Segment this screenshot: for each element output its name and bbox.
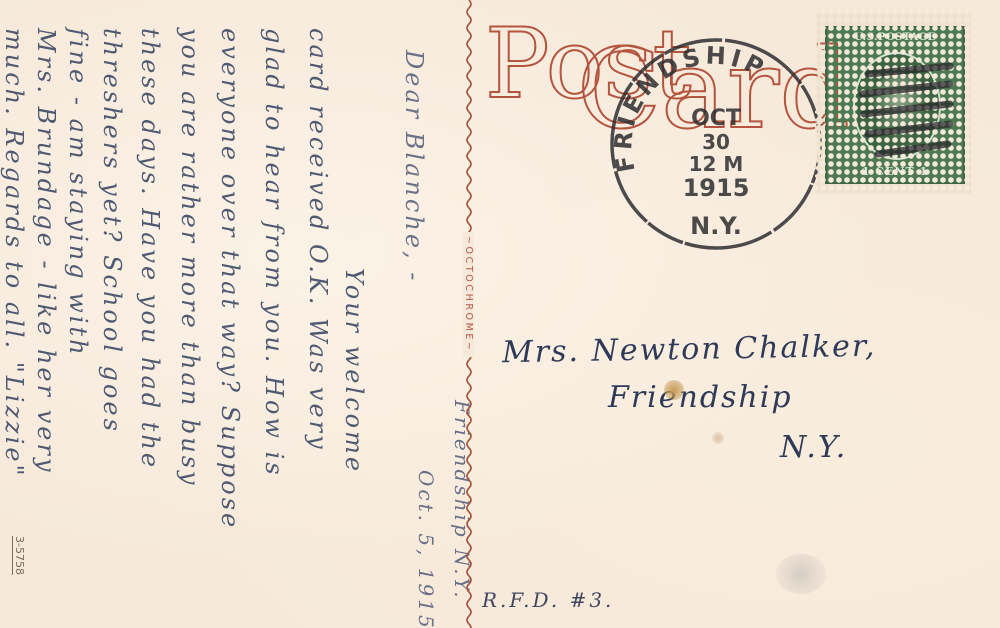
postmark-year: 1915 <box>604 174 828 202</box>
message-line: threshers yet? School goes <box>92 0 132 628</box>
message-line: card received O.K. Was very <box>298 0 338 628</box>
postmark-state: N.Y. <box>604 212 828 240</box>
recipient-city: Friendship <box>608 380 793 415</box>
stamp-top-label: U.S.POSTAGE <box>827 32 963 43</box>
message-line: these days. Have you had the <box>130 0 170 628</box>
recipient-state: N.Y. <box>780 430 847 465</box>
message-line: Your welcome <box>334 0 374 628</box>
message-signoff: much. Regards to all. "Lizzie" <box>0 0 34 628</box>
stain-mark <box>712 432 724 444</box>
catalog-number: 3-5758 <box>12 536 26 575</box>
message-line: you are rather more than busy <box>170 0 210 628</box>
stain-mark <box>664 380 684 400</box>
cancellation-bars-icon <box>838 58 958 168</box>
rural-route: R.F.D. #3. <box>482 588 614 612</box>
message-greeting: Dear Blanche, - <box>394 0 434 628</box>
printer-brand-label: ~OCTOCHROME~ <box>463 232 474 357</box>
foxing-mark <box>776 554 826 594</box>
message-line: glad to hear from you. How is <box>254 0 294 628</box>
message-line: everyone over that way? Suppose <box>210 0 250 628</box>
postmark: FRIENDSHIP OCT 30 12 M 1915 N.Y. <box>604 32 828 256</box>
postcard: Friendship N.Y. Oct. 5, 1915 Dear Blanch… <box>0 0 1000 628</box>
postmark-day: 30 <box>604 130 828 154</box>
postmark-month: OCT <box>604 106 828 131</box>
postmark-time: 12 M <box>604 152 828 176</box>
recipient-name: Mrs. Newton Chalker, <box>502 329 877 371</box>
handwritten-message: Friendship N.Y. Oct. 5, 1915 Dear Blanch… <box>0 0 470 628</box>
